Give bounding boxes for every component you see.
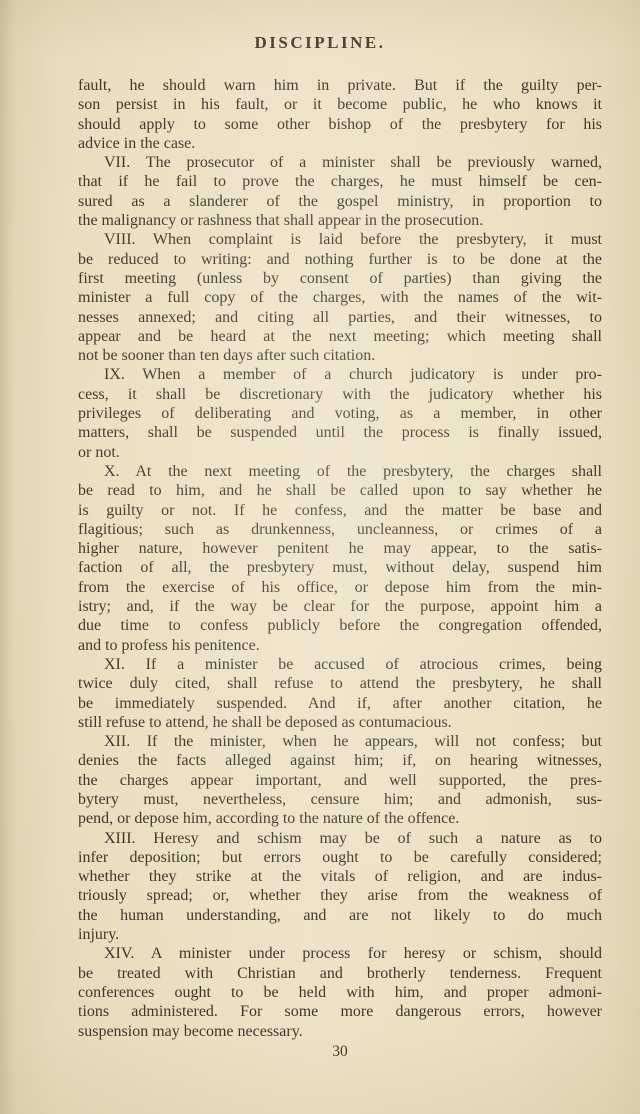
text-line: the human understanding, and are not lik… (78, 906, 602, 925)
page-number: 30 (78, 1042, 602, 1061)
text-line: VII. The prosecutor of a minister shall … (78, 153, 602, 172)
text-line: privileges of deliberating and voting, a… (78, 404, 602, 423)
text-line: XI. If a minister be accused of atrociou… (78, 655, 602, 674)
text-line: flagitious; such as drunkenness, unclean… (78, 520, 602, 539)
text-line: denies the facts alleged against him; if… (78, 751, 602, 770)
text-line: be reduced to writing: and nothing furth… (78, 250, 602, 269)
page-header: DISCIPLINE. (0, 33, 640, 53)
text-line: from the exercise of his office, or depo… (78, 578, 602, 597)
text-line: son persist in his fault, or it become p… (78, 95, 602, 114)
text-line: is guilty or not. If he confess, and the… (78, 501, 602, 520)
text-line: that if he fail to prove the charges, he… (78, 172, 602, 191)
text-line: twice duly cited, shall refuse to attend… (78, 674, 602, 693)
text-line: be immediately suspended. And if, after … (78, 694, 602, 713)
text-line: bytery must, nevertheless, censure him; … (78, 790, 602, 809)
text-line: VIII. When complaint is laid before the … (78, 230, 602, 249)
text-line: should apply to some other bishop of the… (78, 115, 602, 134)
text-line: conferences ought to be held with him, a… (78, 983, 602, 1002)
text-line: sured as a slanderer of the gospel minis… (78, 192, 602, 211)
text-line: not be sooner than ten days after such c… (78, 346, 602, 365)
text-line: due time to confess publicly before the … (78, 616, 602, 635)
text-line: the charges appear important, and well s… (78, 771, 602, 790)
text-line: XII. If the minister, when he appears, w… (78, 732, 602, 751)
text-line: whether they strike at the vitals of rel… (78, 867, 602, 886)
text-block: fault, he should warn him in private. Bu… (78, 76, 602, 1061)
text-line: the malignancy or rashness that shall ap… (78, 211, 602, 230)
text-line: be treated with Christian and brotherly … (78, 964, 602, 983)
text-line: minister a full copy of the charges, wit… (78, 288, 602, 307)
text-line: and to profess his penitence. (78, 636, 602, 655)
text-line: appear and be heard at the next meeting;… (78, 327, 602, 346)
text-line: advice in the case. (78, 134, 602, 153)
text-line: still refuse to attend, he shall be depo… (78, 713, 602, 732)
text-line: pend, or depose him, according to the na… (78, 809, 602, 828)
text-line: nesses annexed; and citing all parties, … (78, 308, 602, 327)
text-line: XIII. Heresy and schism may be of such a… (78, 829, 602, 848)
text-line: be read to him, and he shall be called u… (78, 481, 602, 500)
text-line: suspension may become necessary. (78, 1022, 602, 1041)
book-page: DISCIPLINE. fault, he should warn him in… (0, 0, 640, 1114)
text-line: matters, shall be suspended until the pr… (78, 423, 602, 442)
text-line: tions administered. For some more danger… (78, 1002, 602, 1021)
text-line: faction of all, the presbytery must, wit… (78, 558, 602, 577)
text-line: fault, he should warn him in private. Bu… (78, 76, 602, 95)
text-line: infer deposition; but errors ought to be… (78, 848, 602, 867)
text-line: or not. (78, 443, 602, 462)
text-line: higher nature, however penitent he may a… (78, 539, 602, 558)
text-line: XIV. A minister under process for heresy… (78, 944, 602, 963)
text-line: injury. (78, 925, 602, 944)
text-line: istry; and, if the way be clear for the … (78, 597, 602, 616)
text-line: IX. When a member of a church judicatory… (78, 365, 602, 384)
text-line: cess, it shall be discretionary with the… (78, 385, 602, 404)
text-line: triously spread; or, whether they arise … (78, 886, 602, 905)
text-line: X. At the next meeting of the presbytery… (78, 462, 602, 481)
text-line: first meeting (unless by consent of part… (78, 269, 602, 288)
